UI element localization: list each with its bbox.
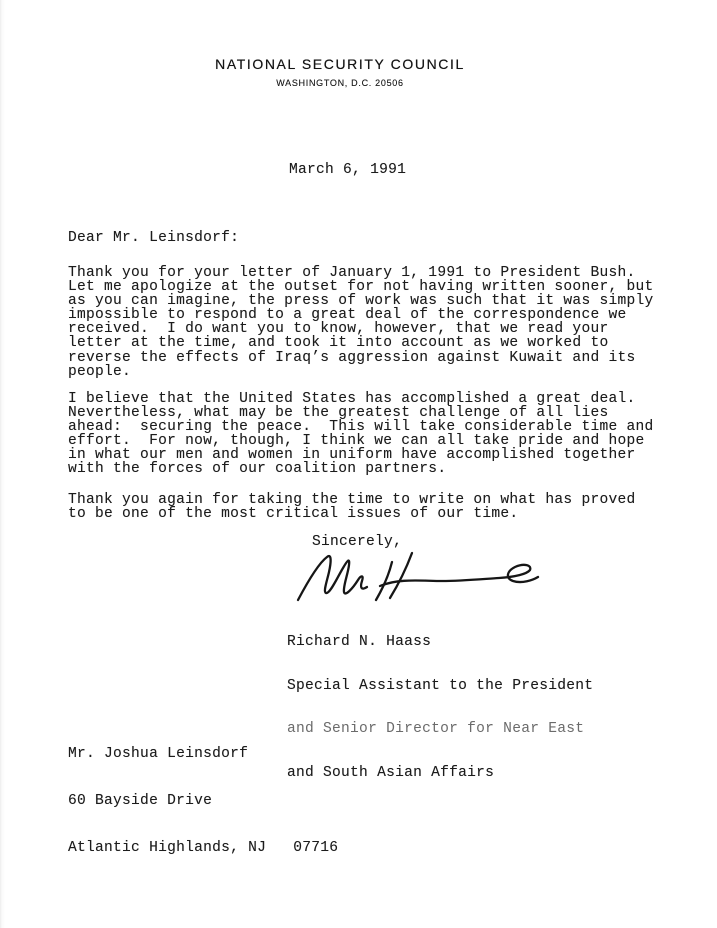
salutation: Dear Mr. Leinsdorf: [68,231,239,245]
valediction: Sincerely, [312,535,402,549]
letter-page: NATIONAL SECURITY COUNCIL WASHINGTON, D.… [0,0,717,928]
body-paragraph-3: Thank you again for taking the time to w… [68,493,635,521]
body-paragraph-1: Thank you for your letter of January 1, … [68,266,654,379]
recipient-city-state-zip: Atlantic Highlands, NJ 07716 [68,841,338,857]
body-paragraph-2: I believe that the United States has acc… [68,392,654,477]
letterhead: NATIONAL SECURITY COUNCIL WASHINGTON, D.… [0,56,680,88]
recipient-name: Mr. Joshua Leinsdorf [68,747,338,763]
recipient-address: Mr. Joshua Leinsdorf 60 Bayside Drive At… [68,716,338,888]
signature-title-line-1: Special Assistant to the President [287,679,593,694]
signature-handwriting [286,548,544,610]
letterhead-address: WASHINGTON, D.C. 20506 [0,78,680,88]
letterhead-org: NATIONAL SECURITY COUNCIL [0,56,680,72]
recipient-street: 60 Bayside Drive [68,794,338,810]
date-line: March 6, 1991 [289,163,406,177]
signature-name: Richard N. Haass [287,635,593,650]
